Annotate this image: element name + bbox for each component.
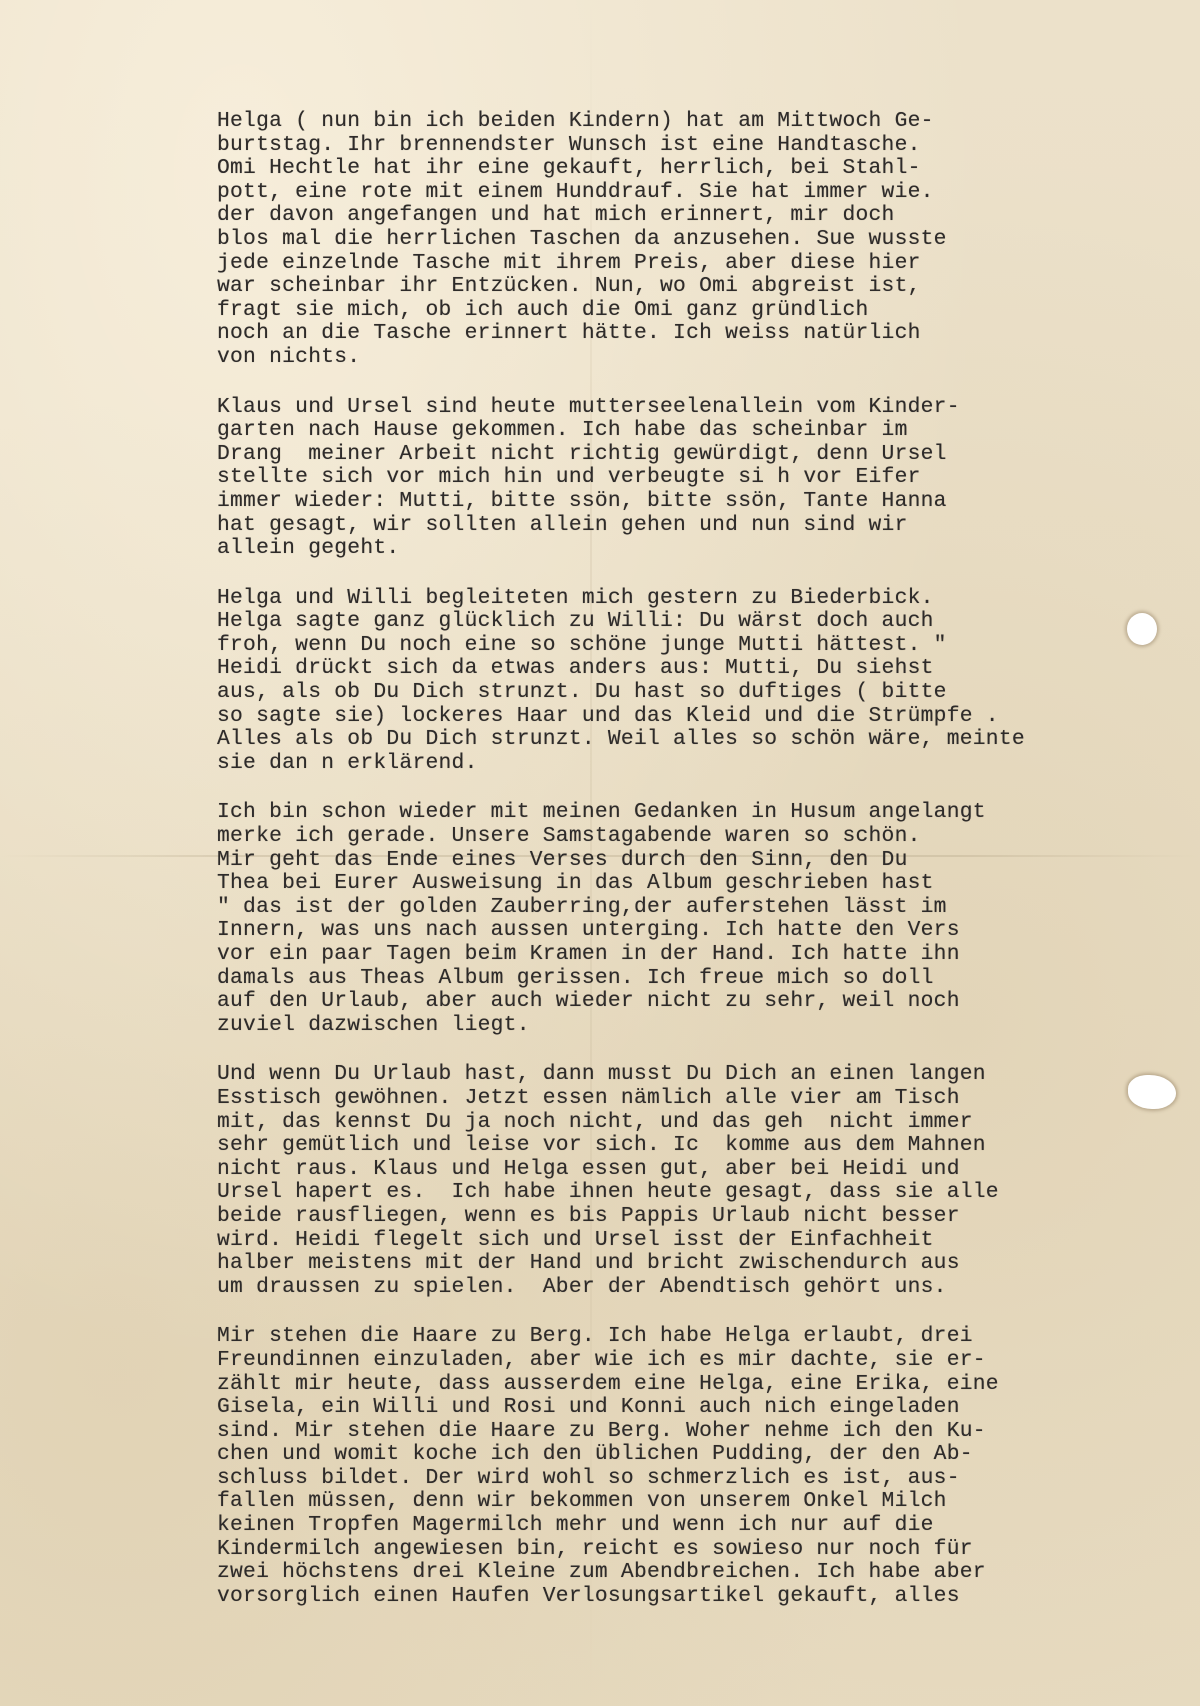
paragraph-kindergarten: Klaus und Ursel sind heute mutterseelena… bbox=[217, 396, 1177, 561]
text-line: sie dan n erklärend. bbox=[217, 752, 1177, 776]
text-line: garten nach Hause gekommen. Ich habe das… bbox=[217, 419, 1177, 443]
text-line: burtstag. Ihr brennendster Wunsch ist ei… bbox=[217, 134, 1177, 158]
text-line: beide rausfliegen, wenn es bis Pappis Ur… bbox=[217, 1205, 1177, 1229]
text-line: Heidi drückt sich da etwas anders aus: M… bbox=[217, 657, 1177, 681]
text-line: Helga und Willi begleiteten mich gestern… bbox=[217, 587, 1177, 611]
text-line: Thea bei Eurer Ausweisung in das Album g… bbox=[217, 872, 1177, 896]
text-line: chen und womit koche ich den üblichen Pu… bbox=[217, 1443, 1177, 1467]
text-line: froh, wenn Du noch eine so schöne junge … bbox=[217, 634, 1177, 658]
text-line: mit, das kennst Du ja noch nicht, und da… bbox=[217, 1111, 1177, 1135]
text-line: " das ist der golden Zauberring,der aufe… bbox=[217, 896, 1177, 920]
text-line: zählt mir heute, dass ausserdem eine Hel… bbox=[217, 1373, 1177, 1397]
text-line: sind. Mir stehen die Haare zu Berg. Wohe… bbox=[217, 1420, 1177, 1444]
text-line: Helga sagte ganz glücklich zu Willi: Du … bbox=[217, 610, 1177, 634]
text-line: vor ein paar Tagen beim Kramen in der Ha… bbox=[217, 943, 1177, 967]
paragraph-party: Mir stehen die Haare zu Berg. Ich habe H… bbox=[217, 1325, 1177, 1608]
text-line: pott, eine rote mit einem Hunddrauf. Sie… bbox=[217, 181, 1177, 205]
text-line: Mir geht das Ende eines Verses durch den… bbox=[217, 849, 1177, 873]
text-line: wird. Heidi flegelt sich und Ursel isst … bbox=[217, 1229, 1177, 1253]
text-line: halber meistens mit der Hand und bricht … bbox=[217, 1252, 1177, 1276]
text-line: um draussen zu spielen. Aber der Abendti… bbox=[217, 1276, 1177, 1300]
text-line: von nichts. bbox=[217, 346, 1177, 370]
text-line: fallen müssen, denn wir bekommen von uns… bbox=[217, 1490, 1177, 1514]
text-line: Ursel hapert es. Ich habe ihnen heute ge… bbox=[217, 1181, 1177, 1205]
text-line: Kindermilch angewiesen bin, reicht es so… bbox=[217, 1538, 1177, 1562]
text-line: so sagte sie) lockeres Haar und das Klei… bbox=[217, 705, 1177, 729]
text-line: Innern, was uns nach aussen unterging. I… bbox=[217, 919, 1177, 943]
text-line: Helga ( nun bin ich beiden Kindern) hat … bbox=[217, 110, 1177, 134]
text-line: Gisela, ein Willi und Rosi und Konni auc… bbox=[217, 1396, 1177, 1420]
paragraph-biederbick: Helga und Willi begleiteten mich gestern… bbox=[217, 587, 1177, 776]
text-line: Alles als ob Du Dich strunzt. Weil alles… bbox=[217, 728, 1177, 752]
text-line: noch an die Tasche erinnert hätte. Ich w… bbox=[217, 322, 1177, 346]
typewritten-letter-body: Helga ( nun bin ich beiden Kindern) hat … bbox=[217, 110, 1177, 1634]
text-line: Klaus und Ursel sind heute mutterseelena… bbox=[217, 396, 1177, 420]
paragraph-husum: Ich bin schon wieder mit meinen Gedanken… bbox=[217, 801, 1177, 1037]
text-line: merke ich gerade. Unsere Samstagabende w… bbox=[217, 825, 1177, 849]
text-line: keinen Tropfen Magermilch mehr und wenn … bbox=[217, 1514, 1177, 1538]
text-line: fragt sie mich, ob ich auch die Omi ganz… bbox=[217, 299, 1177, 323]
text-line: war scheinbar ihr Entzücken. Nun, wo Omi… bbox=[217, 275, 1177, 299]
text-line: Omi Hechtle hat ihr eine gekauft, herrli… bbox=[217, 157, 1177, 181]
text-line: zuviel dazwischen liegt. bbox=[217, 1014, 1177, 1038]
text-line: allein gegeht. bbox=[217, 537, 1177, 561]
text-line: sehr gemütlich und leise vor sich. Ic ko… bbox=[217, 1134, 1177, 1158]
text-line: blos mal die herrlichen Taschen da anzus… bbox=[217, 228, 1177, 252]
paragraph-helga-birthday: Helga ( nun bin ich beiden Kindern) hat … bbox=[217, 110, 1177, 370]
text-line: schluss bildet. Der wird wohl so schmerz… bbox=[217, 1467, 1177, 1491]
text-line: immer wieder: Mutti, bitte ssön, bitte s… bbox=[217, 490, 1177, 514]
text-line: Drang meiner Arbeit nicht richtig gewürd… bbox=[217, 443, 1177, 467]
text-line: zwei höchstens drei Kleine zum Abendbrei… bbox=[217, 1561, 1177, 1585]
text-line: Esstisch gewöhnen. Jetzt essen nämlich a… bbox=[217, 1087, 1177, 1111]
text-line: der davon angefangen und hat mich erinne… bbox=[217, 204, 1177, 228]
text-line: hat gesagt, wir sollten allein gehen und… bbox=[217, 514, 1177, 538]
text-line: auf den Urlaub, aber auch wieder nicht z… bbox=[217, 990, 1177, 1014]
text-line: jede einzelnde Tasche mit ihrem Preis, a… bbox=[217, 252, 1177, 276]
paragraph-esstisch: Und wenn Du Urlaub hast, dann musst Du D… bbox=[217, 1063, 1177, 1299]
text-line: vorsorglich einen Haufen Verlosungsartik… bbox=[217, 1585, 1177, 1609]
text-line: Mir stehen die Haare zu Berg. Ich habe H… bbox=[217, 1325, 1177, 1349]
text-line: nicht raus. Klaus und Helga essen gut, a… bbox=[217, 1158, 1177, 1182]
text-line: Freundinnen einzuladen, aber wie ich es … bbox=[217, 1349, 1177, 1373]
text-line: damals aus Theas Album gerissen. Ich fre… bbox=[217, 967, 1177, 991]
text-line: aus, als ob Du Dich strunzt. Du hast so … bbox=[217, 681, 1177, 705]
text-line: stellte sich vor mich hin und verbeugte … bbox=[217, 466, 1177, 490]
letter-page: Helga ( nun bin ich beiden Kindern) hat … bbox=[0, 0, 1200, 1706]
text-line: Und wenn Du Urlaub hast, dann musst Du D… bbox=[217, 1063, 1177, 1087]
text-line: Ich bin schon wieder mit meinen Gedanken… bbox=[217, 801, 1177, 825]
